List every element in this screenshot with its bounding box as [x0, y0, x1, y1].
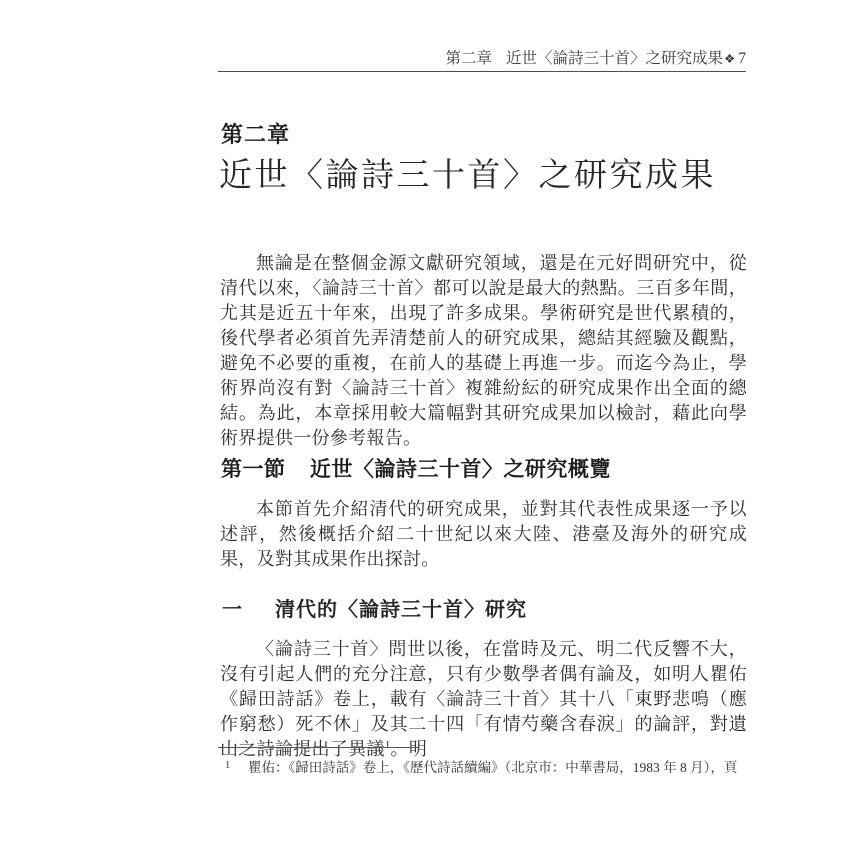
section-title: 近世〈論詩三十首〉之研究概覽 [310, 458, 611, 481]
subsection-number: 一 [222, 599, 243, 621]
book-page: 第二章 近世〈論詩三十首〉之研究成果 ❖ 7 第二章 近世〈論詩三十首〉之研究成… [0, 0, 850, 850]
footnote-separator-rule [218, 747, 418, 748]
paragraph-intro: 無論是在整個金源文獻研究領域，還是在元好問研究中，從清代以來，〈論詩三十首〉都可… [220, 251, 747, 451]
footnote: 1 瞿佑：《歸田詩話》卷上，《歷代詩話續編》（北京市：中華書局，1983 年 8… [222, 758, 749, 777]
paragraph-text-after-note: 。明 [391, 739, 428, 759]
section-number: 第一節 [221, 458, 286, 481]
diamond-ornament-icon: ❖ [724, 51, 735, 67]
paragraph-text-before-note: 〈論詩三十首〉問世以後，在當時及元、明二代反響不大，沒有引起人們的充分注意，只有… [220, 639, 747, 759]
chapter-title: 近世〈論詩三十首〉之研究成果 [219, 154, 779, 198]
chapter-label: 第二章 [221, 118, 290, 149]
subsection-heading: 一 清代的〈論詩三十首〉研究 [222, 593, 527, 622]
subsection-title: 清代的〈論詩三十首〉研究 [275, 599, 527, 621]
page-number: 7 [738, 50, 746, 68]
section-heading: 第一節 近世〈論詩三十首〉之研究概覽 [221, 453, 611, 483]
paragraph-section-overview: 本節首先介紹清代的研究成果，並對其代表性成果逐一予以述評，然後概括介紹二十世紀以… [220, 497, 747, 572]
footnote-text: 瞿佑：《歸田詩話》卷上，《歷代詩話續編》（北京市：中華書局，1983 年 8 月… [248, 760, 737, 775]
header-rule [218, 71, 746, 72]
footnote-number: 1 [225, 756, 230, 775]
running-header: 第二章 近世〈論詩三十首〉之研究成果 ❖ 7 [218, 46, 746, 68]
paragraph-qing-research: 〈論詩三十首〉問世以後，在當時及元、明二代反響不大，沒有引起人們的充分注意，只有… [220, 637, 747, 762]
running-header-chapter: 第二章 [446, 46, 493, 68]
running-header-title: 近世〈論詩三十首〉之研究成果 [506, 46, 723, 68]
